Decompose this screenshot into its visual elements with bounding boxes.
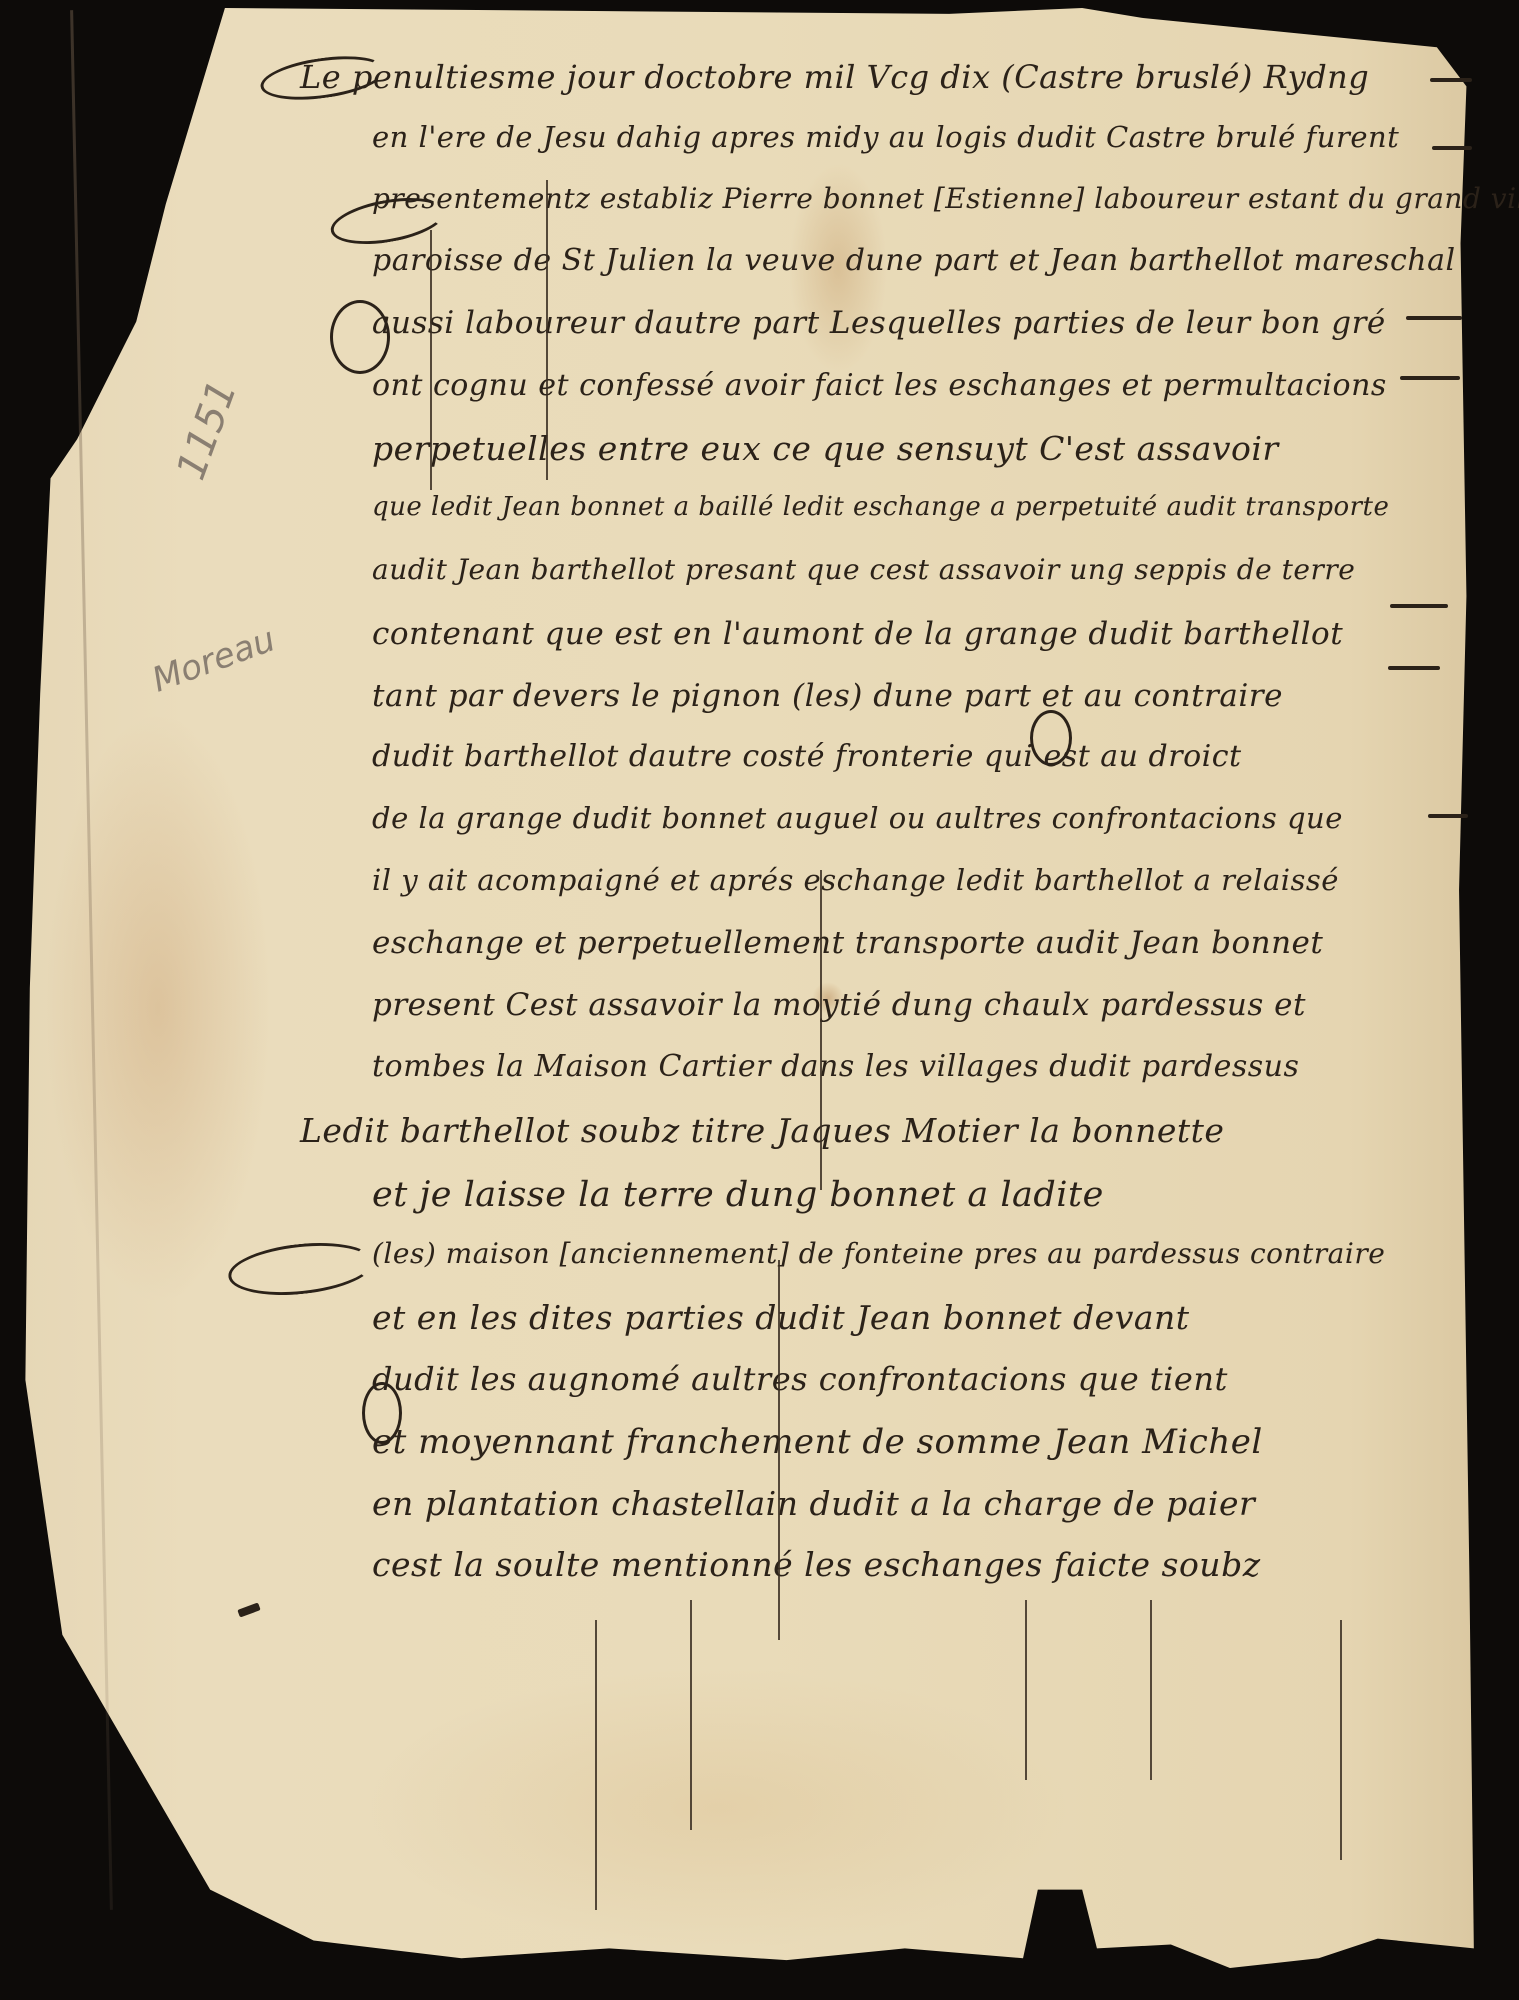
line-end-dash [1428, 814, 1468, 818]
manuscript-line-22: dudit les augnomé aultres confrontacions… [372, 1360, 1228, 1398]
line-end-dash [1432, 146, 1472, 150]
circled-margin-mark [362, 1382, 402, 1444]
ink-descender-stroke [546, 180, 548, 480]
ink-descender-stroke [778, 1260, 780, 1640]
ink-descender-stroke [430, 230, 432, 490]
ink-descender-stroke [1025, 1600, 1027, 1780]
ink-descender-stroke [1340, 1620, 1342, 1860]
line-end-dash [1430, 78, 1472, 82]
manuscript-line-2: en l'ere de Jesu dahig apres midy au log… [372, 120, 1399, 154]
ink-descender-stroke [1150, 1600, 1152, 1780]
manuscript-line-5: aussi laboureur dautre part Lesquelles p… [372, 305, 1386, 341]
manuscript-line-17: tombes la Maison Cartier dans les villag… [372, 1049, 1299, 1084]
manuscript-line-1: Le penultiesme jour doctobre mil Vcg dix… [300, 58, 1369, 96]
manuscript-line-25: cest la soulte mentionné les eschanges f… [372, 1545, 1261, 1584]
circled-word-mark [1030, 710, 1072, 766]
ink-descender-stroke [820, 870, 822, 1190]
manuscript-line-9: audit Jean barthellot presant que cest a… [372, 553, 1355, 586]
manuscript-line-8: que ledit Jean bonnet a baillé ledit esc… [372, 492, 1389, 522]
manuscript-line-11: tant par devers le pignon (les) dune par… [372, 678, 1283, 714]
manuscript-line-10: contenant que est en l'aumont de la gran… [372, 616, 1343, 652]
manuscript-line-14: il y ait acompaigné et aprés eschange le… [372, 863, 1339, 897]
manuscript-line-15: eschange et perpetuellement transporte a… [372, 925, 1323, 961]
line-end-dash [1388, 666, 1440, 670]
manuscript-line-16: present Cest assavoir la moytié dung cha… [372, 987, 1306, 1023]
manuscript-line-7: perpetuelles entre eux ce que sensuyt C'… [372, 429, 1279, 468]
manuscript-line-24: en plantation chastellain dudit a la cha… [372, 1484, 1255, 1523]
line-end-dash [1390, 604, 1448, 608]
manuscript-line-6: ont cognu et confessé avoir faict les es… [372, 368, 1387, 403]
manuscript-line-18: Ledit barthellot soubz titre Jaques Moti… [300, 1111, 1224, 1150]
line-end-dash [1400, 376, 1460, 380]
circled-margin-mark [330, 300, 390, 374]
manuscript-line-21: et en les dites parties dudit Jean bonne… [372, 1298, 1190, 1337]
manuscript-line-20: (les) maison [anciennement] de fonteine … [372, 1237, 1385, 1270]
manuscript-line-23: et moyennant franchement de somme Jean M… [372, 1422, 1263, 1462]
ink-descender-stroke [690, 1600, 692, 1830]
manuscript-line-19: et je laisse la terre dung bonnet a ladi… [372, 1175, 1104, 1215]
manuscript-line-13: de la grange dudit bonnet auguel ou ault… [372, 801, 1343, 835]
line-end-dash [1406, 316, 1462, 320]
manuscript-line-12: dudit barthellot dautre costé fronterie … [372, 739, 1242, 774]
ink-descender-stroke [595, 1620, 597, 1910]
manuscript-line-3: presentementz establiz Pierre bonnet [Es… [372, 182, 1519, 215]
manuscript-line-4: paroisse de St Julien la veuve dune part… [372, 243, 1456, 278]
